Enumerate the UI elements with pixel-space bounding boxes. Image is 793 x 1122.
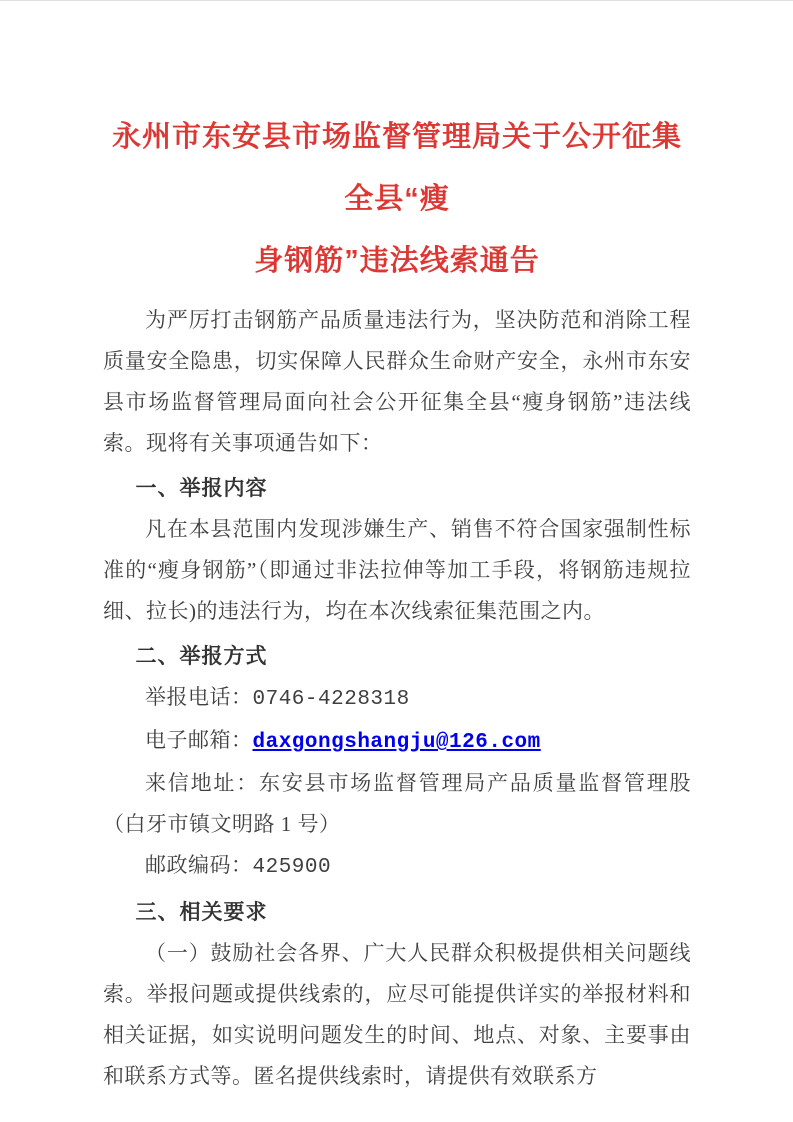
section-heading-report-content: 一、举报内容 <box>103 468 691 509</box>
phone-label: 举报电话： <box>145 685 253 709</box>
page-title-line-2: 身钢筋”违法线索通告 <box>103 230 691 292</box>
intro-paragraph: 为严厉打击钢筋产品质量违法行为，坚决防范和消除工程质量安全隐患，切实保障人民群众… <box>103 300 691 464</box>
page-title: 永州市东安县市场监督管理局关于公开征集全县“瘦 身钢筋”违法线索通告 <box>103 106 691 292</box>
section-heading-requirements: 三、相关要求 <box>103 892 691 933</box>
phone-number: 0746-4228318 <box>253 688 410 711</box>
requirements-paragraph: （一）鼓励社会各界、广大人民群众积极提供相关问题线索。举报问题或提供线索的，应尽… <box>103 933 691 1097</box>
section-heading-report-method: 二、举报方式 <box>103 636 691 677</box>
address-label: 来信地址： <box>145 771 259 795</box>
contact-postcode-line: 邮政编码：425900 <box>103 845 691 888</box>
document-page: 永州市东安县市场监督管理局关于公开征集全县“瘦 身钢筋”违法线索通告 为严厉打击… <box>0 0 793 1122</box>
report-content-paragraph: 凡在本县范围内发现涉嫌生产、销售不符合国家强制性标准的“瘦身钢筋”（即通过非法拉… <box>103 509 691 632</box>
contact-address-line: 来信地址：东安县市场监督管理局产品质量监督管理股（白牙市镇文明路 1 号） <box>103 763 691 845</box>
email-label: 电子邮箱： <box>145 728 253 752</box>
contact-phone-line: 举报电话：0746-4228318 <box>103 677 691 720</box>
page-title-line-1: 永州市东安县市场监督管理局关于公开征集全县“瘦 <box>103 106 691 230</box>
email-link[interactable]: daxgongshangju@126.com <box>253 731 541 754</box>
contact-email-line: 电子邮箱：daxgongshangju@126.com <box>103 720 691 763</box>
document-content: 永州市东安县市场监督管理局关于公开征集全县“瘦 身钢筋”违法线索通告 为严厉打击… <box>0 1 793 1097</box>
postcode-label: 邮政编码： <box>145 853 253 877</box>
postcode-value: 425900 <box>253 856 332 879</box>
